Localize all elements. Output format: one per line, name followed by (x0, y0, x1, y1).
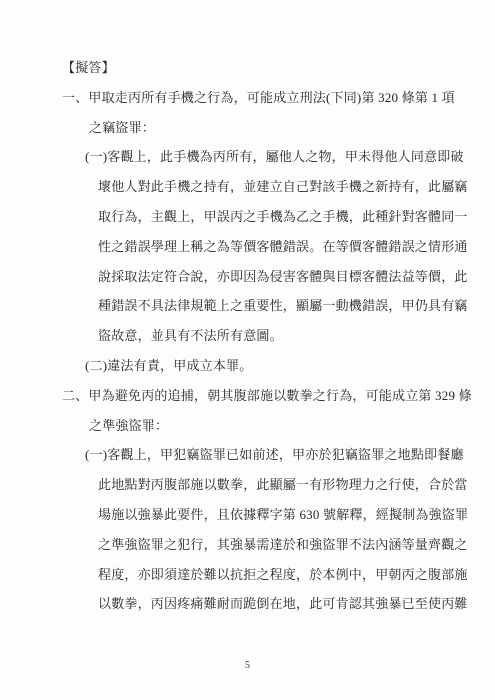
text-line: 場施以強暴此要件，且依據釋字第 630 號解釋，經擬制為強盜罪 (98, 500, 462, 530)
text-line: 盜故意，並具有不法所有意圖。 (98, 321, 462, 351)
text-line: 此地點對丙腹部施以數拳，此顯屬一有形物理力之行使，合於當 (98, 470, 462, 500)
page-number: 5 (0, 660, 495, 671)
text-line: (一)客觀上，此手機為丙所有，屬他人之物，甲未得他人同意即破 (85, 142, 462, 172)
text-line: 之準強盜罪： (89, 411, 462, 441)
text-line: 取行為，主觀上，甲誤丙之手機為乙之手機，此種針對客體同一 (98, 202, 462, 232)
text-line: 之準強盜罪之犯行，其強暴需達於和強盜罪不法內涵等量齊觀之 (98, 530, 462, 560)
text-line: 一、甲取走丙所有手機之行為，可能成立刑法(下同)第 320 條第 1 項 (62, 83, 462, 113)
document-page: 【擬答】一、甲取走丙所有手機之行為，可能成立刑法(下同)第 320 條第 1 項… (0, 0, 495, 700)
text-line: 說採取法定符合說，亦即因為侵害客體與目標客體法益等價，此 (98, 262, 462, 292)
text-line: 之竊盜罪： (89, 113, 462, 143)
text-line: (一)客觀上，甲犯竊盜罪已如前述，甲亦於犯竊盜罪之地點即餐廳 (85, 440, 462, 470)
text-line: (二)違法有責，甲成立本罪。 (85, 351, 462, 381)
answer-heading: 【擬答】 (62, 53, 462, 83)
text-line: 二、甲為避免丙的追捕，朝其腹部施以數拳之行為，可能成立第 329 條 (62, 381, 462, 411)
text-line: 壞他人對此手機之持有，並建立自己對該手機之新持有，此屬竊 (98, 172, 462, 202)
text-line: 種錯誤不具法律規範上之重要性，顯屬一動機錯誤，甲仍具有竊 (98, 291, 462, 321)
text-line: 以數拳，丙因疼痛難耐而跪倒在地，此可肯認其強暴已至使丙難 (98, 589, 462, 619)
text-line: 性之錯誤學理上稱之為等價客體錯誤。在等價客體錯誤之情形通 (98, 232, 462, 262)
document-body: 【擬答】一、甲取走丙所有手機之行為，可能成立刑法(下同)第 320 條第 1 項… (62, 53, 462, 619)
text-line: 程度，亦即須達於難以抗拒之程度，於本例中，甲朝丙之腹部施 (98, 560, 462, 590)
